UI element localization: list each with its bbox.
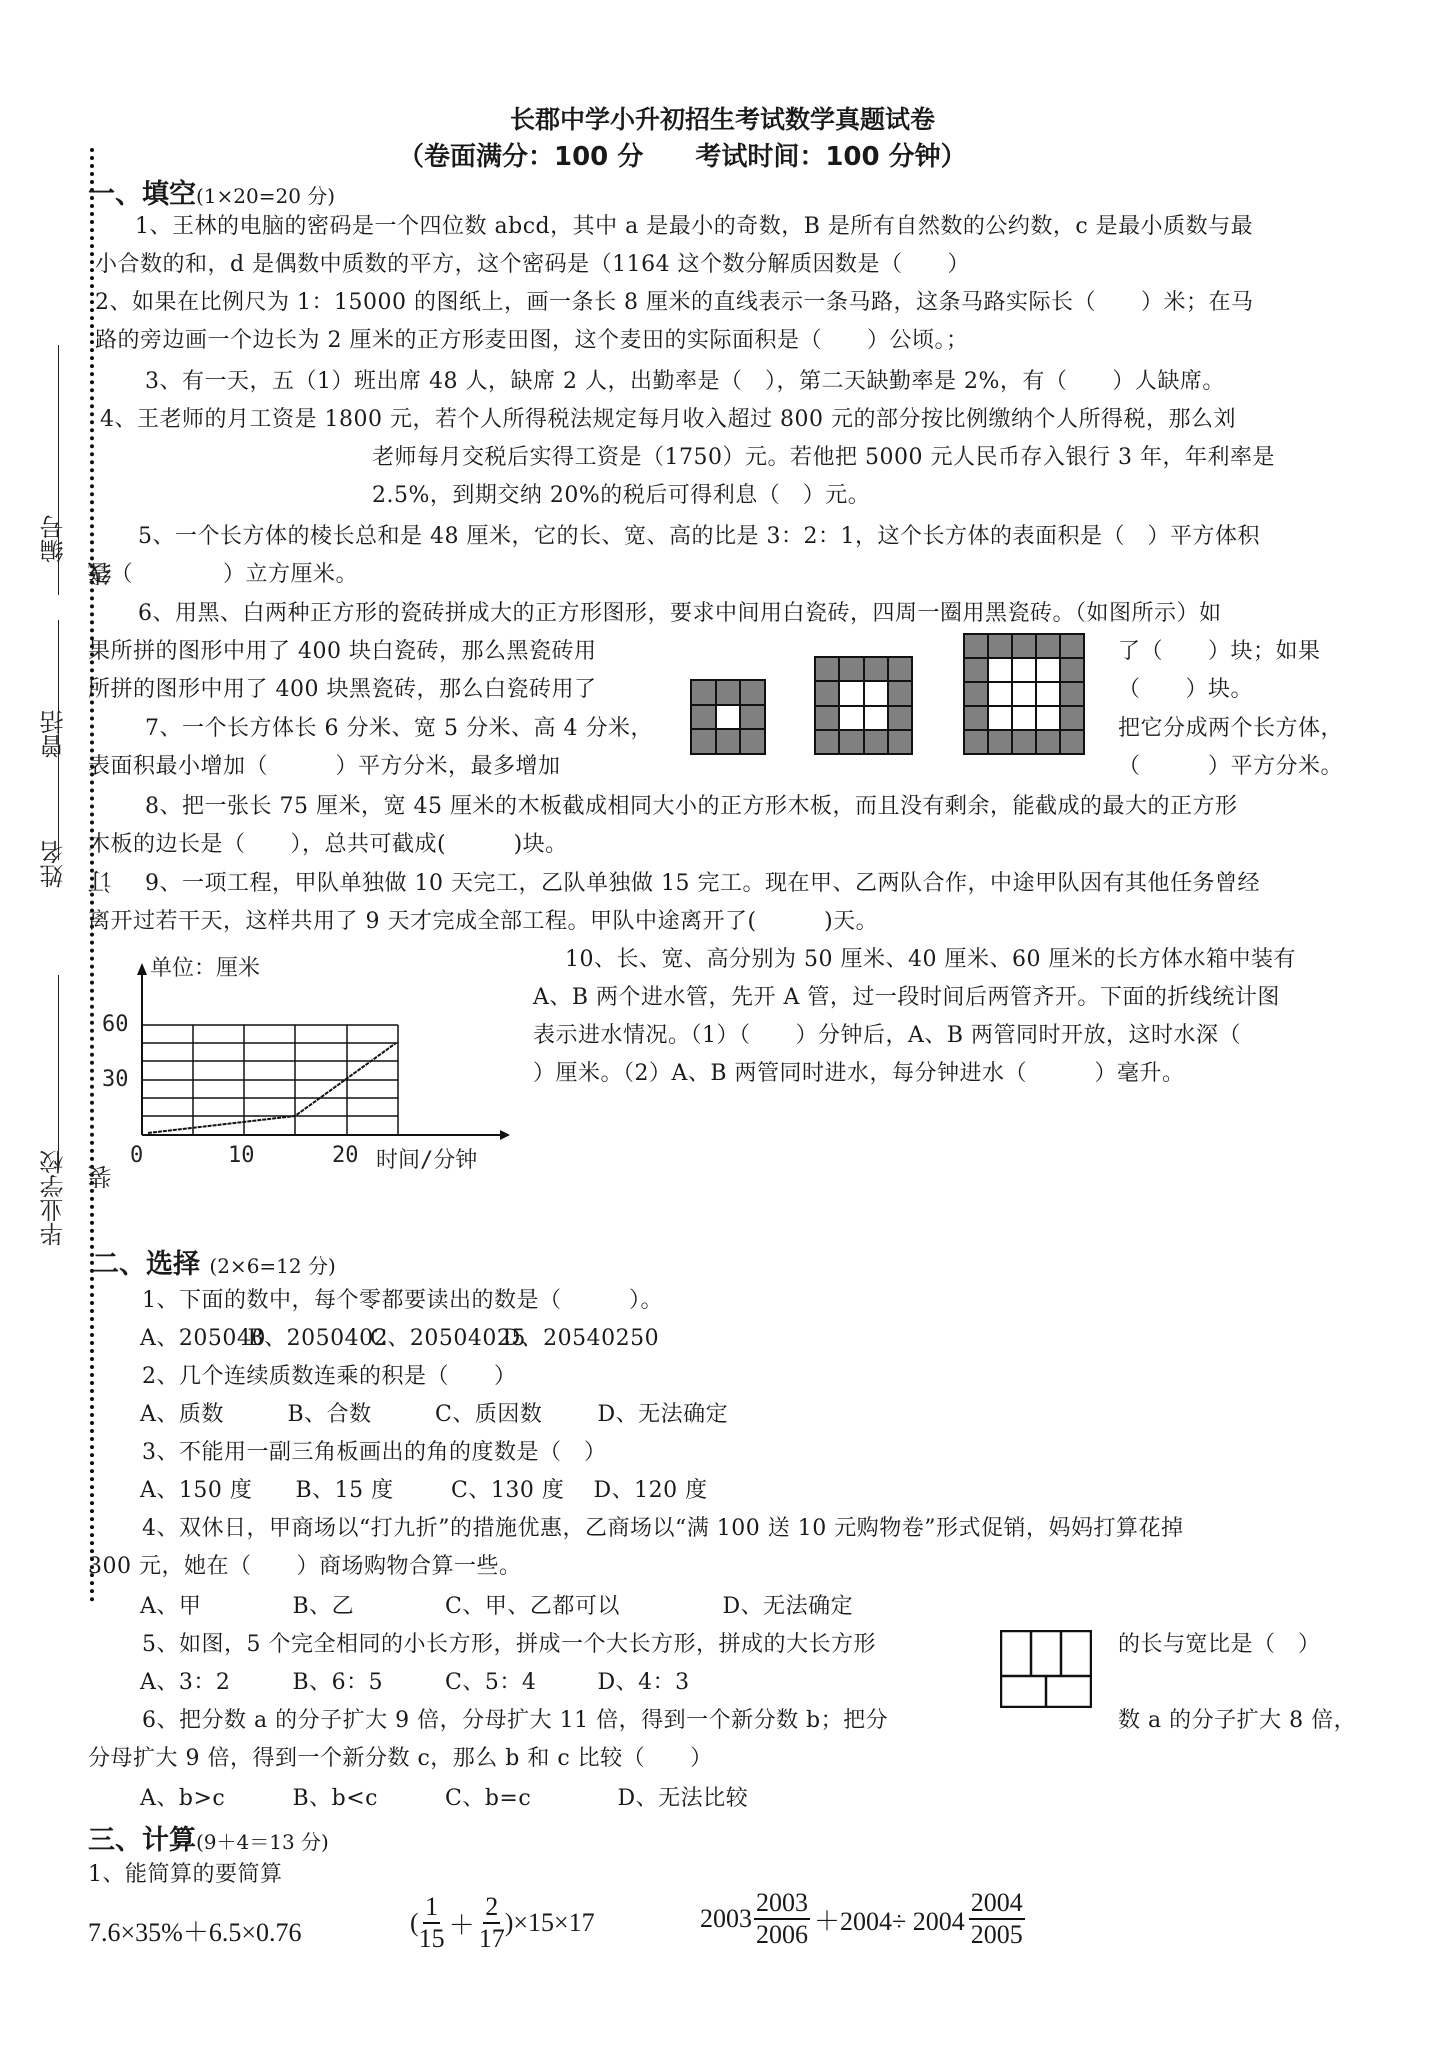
option[interactable]: D、20540250 (503, 1326, 660, 1351)
x-tick-0: 0 (130, 1143, 143, 1168)
choice-q2-options: A、质数 B、合数 C、质因数 D、无法确定 (140, 1396, 728, 1434)
option[interactable]: C、质因数 (435, 1396, 590, 1434)
tile-figure-3x3 (690, 679, 766, 755)
option[interactable]: D、无法确定 (723, 1594, 854, 1619)
x-tick-10: 10 (228, 1143, 255, 1168)
q5-line1: 5、一个长方体的棱长总和是 48 厘米，它的长、宽、高的比是 3：2：1，这个长… (138, 518, 1260, 556)
rectangle-figure (1000, 1630, 1092, 1708)
chart-unit-label: 单位：厘米 (150, 951, 260, 982)
q5-line2: 是（ ）立方厘米。 (88, 556, 358, 594)
fraction: 20042005 (969, 1888, 1025, 1950)
expression-2: ( 115 ＋ 217 )×15×17 (410, 1892, 595, 1954)
exam-title: 长郡中学小升初招生考试数学真题试卷 (510, 100, 935, 136)
section3-heading: 三、计算(9＋4＝13 分) (88, 1818, 329, 1857)
q9-line2: 离开过若干天，这样共用了 9 天才完成全部工程。甲队中途离开了( )天。 (88, 903, 878, 941)
fraction: 20032006 (754, 1888, 810, 1950)
q6-line3-left: 所拼的图形中用了 400 块黑瓷砖，那么白瓷砖用了 (88, 671, 596, 709)
operator-text: ＋2004÷ 2004 (814, 1901, 965, 1938)
option[interactable]: B、15 度 (296, 1472, 444, 1510)
option[interactable]: A、甲 (140, 1588, 285, 1626)
option[interactable]: A、3：2 (140, 1664, 285, 1702)
option[interactable]: A、150 度 (140, 1472, 288, 1510)
q10-line2: A、B 两个进水管，先开 A 管，过一段时间后两管齐开。下面的折线统计图 (533, 979, 1280, 1017)
expression-3: 2003 20032006 ＋2004÷ 2004 20042005 (700, 1888, 1025, 1950)
q6-line1: 6、用黑、白两种正方形的瓷砖拼成大的正方形图形，要求中间用白瓷砖，四周一圈用黑瓷… (138, 595, 1222, 633)
option[interactable]: B、2050402 (248, 1320, 363, 1358)
q6-line2-right: 了（ ）块；如果 (1118, 633, 1321, 671)
option[interactable]: C、5：4 (445, 1664, 590, 1702)
choice-q6-line2: 分母扩大 9 倍，得到一个新分数 c，那么 b 和 c 比较（ ） (88, 1740, 713, 1778)
q9-line1: 9、一项工程，甲队单独做 10 天完工，乙队单独做 15 完工。现在甲、乙两队合… (145, 865, 1260, 903)
whole-number: 2003 (700, 1904, 752, 1934)
y-tick-30: 30 (102, 1067, 129, 1092)
q4-line1: 4、王老师的月工资是 1800 元，若个人所得税法规定每月收入超过 800 元的… (100, 401, 1236, 439)
calc-subheading: 1、能简算的要简算 (88, 1856, 283, 1894)
option[interactable]: A、b>c (140, 1780, 285, 1818)
q7-line2-right: （ ）平方分米。 (1118, 748, 1343, 786)
y-tick-60: 60 (102, 1012, 129, 1037)
x-axis-label: 时间/分钟 (376, 1143, 477, 1174)
multiplier: )×15×17 (505, 1908, 595, 1938)
q8-line2: 木板的边长是（ ），总共可截成( )块。 (88, 826, 568, 864)
q10-line4: ）厘米。（2）A、B 两管同时进水，每分钟进水（ ）毫升。 (533, 1055, 1185, 1093)
q4-line2: 老师每月交税后实得工资是（1750）元。若他把 5000 元人民币存入银行 3 … (372, 439, 1275, 477)
q1-line2: 小合数的和，d 是偶数中质数的平方，这个密码是（1164 这个数分解质因数是（ … (95, 246, 970, 284)
margin-label-name: 姓名 (36, 840, 71, 888)
choice-q4-line1: 4、双休日，甲商场以“打九折”的措施优惠，乙商场以“满 100 送 10 元购物… (142, 1510, 1183, 1548)
q1-line1: 1、王林的电脑的密码是一个四位数 abcd，其中 a 是最小的奇数，B 是所有自… (135, 208, 1253, 246)
choice-q6-tail: 数 a 的分子扩大 8 倍， (1118, 1702, 1356, 1740)
paren-open: ( (410, 1908, 419, 1938)
margin-label-number: 编号 (36, 515, 71, 563)
expression-1: 7.6×35%＋6.5×0.76 (88, 1912, 302, 1949)
option[interactable]: B、b<c (293, 1780, 438, 1818)
option[interactable]: B、合数 (288, 1396, 428, 1434)
choice-q6-options: A、b>c B、b<c C、b=c D、无法比较 (140, 1780, 748, 1818)
q4-line3: 2.5%，到期交纳 20%的税后可得利息（ ）元。 (372, 477, 870, 515)
q7-line1-right: 把它分成两个长方体， (1118, 710, 1343, 748)
five-rectangles-svg (1000, 1630, 1092, 1708)
q8-line1: 8、把一张长 75 厘米，宽 45 厘米的木板截成相同大小的正方形木板，而且没有… (145, 788, 1237, 826)
option[interactable]: A、质数 (140, 1396, 280, 1434)
fraction: 115 (419, 1892, 445, 1954)
q7-line2-left: 表面积最小增加（ ）平方分米，最多增加 (88, 748, 561, 786)
choice-q3-options: A、150 度 B、15 度 C、130 度 D、120 度 (140, 1472, 708, 1510)
option[interactable]: C、甲、乙都可以 (445, 1588, 715, 1626)
option[interactable]: D、4：3 (598, 1670, 690, 1695)
choice-q4-line2: 300 元，她在（ ）商场购物合算一些。 (88, 1548, 522, 1586)
choice-q1-options: A、205040 B、2050402 C、20504025 D、20540250 (140, 1320, 659, 1358)
q6-line2-left: 果所拼的图形中用了 400 块白瓷砖，那么黑瓷砖用 (88, 633, 596, 671)
q6-line3-right: （ ）块。 (1118, 671, 1253, 709)
section2-heading: 二、选择 (2×6=12 分) (92, 1242, 336, 1281)
choice-q3: 3、不能用一副三角板画出的角的度数是（ ） (142, 1434, 607, 1472)
option[interactable]: B、乙 (293, 1588, 438, 1626)
q7-line1-left: 7、一个长方体长 6 分米、宽 5 分米、高 4 分米， (145, 710, 653, 748)
plus-sign: ＋ (449, 1905, 475, 1942)
option[interactable]: D、120 度 (594, 1478, 708, 1503)
q10-line1: 10、长、宽、高分别为 50 厘米、40 厘米、60 厘米的长方体水箱中装有 (565, 941, 1296, 979)
x-tick-20: 20 (332, 1143, 359, 1168)
q10-line3: 表示进水情况。（1）（ ）分钟后，A、B 两管同时开放，这时水深（ (533, 1017, 1241, 1055)
choice-q1: 1、下面的数中，每个零都要读出的数是（ ）。 (142, 1282, 663, 1320)
tile-figure-4x4 (814, 656, 913, 755)
q3-line: 3、有一天，五（1）班出席 48 人，缺席 2 人，出勤率是（ ），第二天缺勤率… (145, 363, 1225, 401)
fraction: 217 (479, 1892, 505, 1954)
option[interactable]: A、205040 (140, 1320, 240, 1358)
exam-subtitle: （卷面满分：100 分 考试时间：100 分钟） (398, 136, 967, 173)
margin-label-school: 毕业学校 (36, 1150, 71, 1246)
choice-q5-options: A、3：2 B、6：5 C、5：4 D、4：3 (140, 1664, 690, 1702)
water-depth-chart: 单位：厘米 60 30 0 10 20 时间/分钟 (100, 955, 520, 1185)
choice-q5: 5、如图，5 个完全相同的小长方形，拼成一个大长方形，拼成的大长方形 (142, 1626, 876, 1664)
margin-label-class: 曾括 (36, 710, 71, 758)
option[interactable]: C、20504025 (370, 1320, 495, 1358)
choice-q2: 2、几个连续质数连乘的积是（ ） (142, 1358, 517, 1396)
q2-line2: 路的旁边画一个边长为 2 厘米的正方形麦田图，这个麦田的实际面积是（ ）公顷。； (95, 322, 969, 360)
margin-rule (58, 975, 59, 1170)
option[interactable]: D、无法比较 (618, 1786, 749, 1811)
option[interactable]: C、b=c (445, 1780, 610, 1818)
option[interactable]: B、6：5 (293, 1664, 438, 1702)
option[interactable]: D、无法确定 (598, 1402, 729, 1427)
section1-heading: 一、填空(1×20=20 分) (88, 172, 335, 211)
choice-q4-options: A、甲 B、乙 C、甲、乙都可以 D、无法确定 (140, 1588, 853, 1626)
choice-q5-tail: 的长与宽比是（ ） (1118, 1626, 1321, 1664)
option[interactable]: C、130 度 (451, 1472, 586, 1510)
choice-q6-line1: 6、把分数 a 的分子扩大 9 倍，分母扩大 11 倍，得到一个新分数 b；把分 (142, 1702, 888, 1740)
binding-label-order: 订 (84, 870, 119, 894)
q2-line1: 2、如果在比例尺为 1：15000 的图纸上，画一条长 8 厘米的直线表示一条马… (95, 284, 1253, 322)
tile-figure-5x5 (963, 633, 1085, 755)
